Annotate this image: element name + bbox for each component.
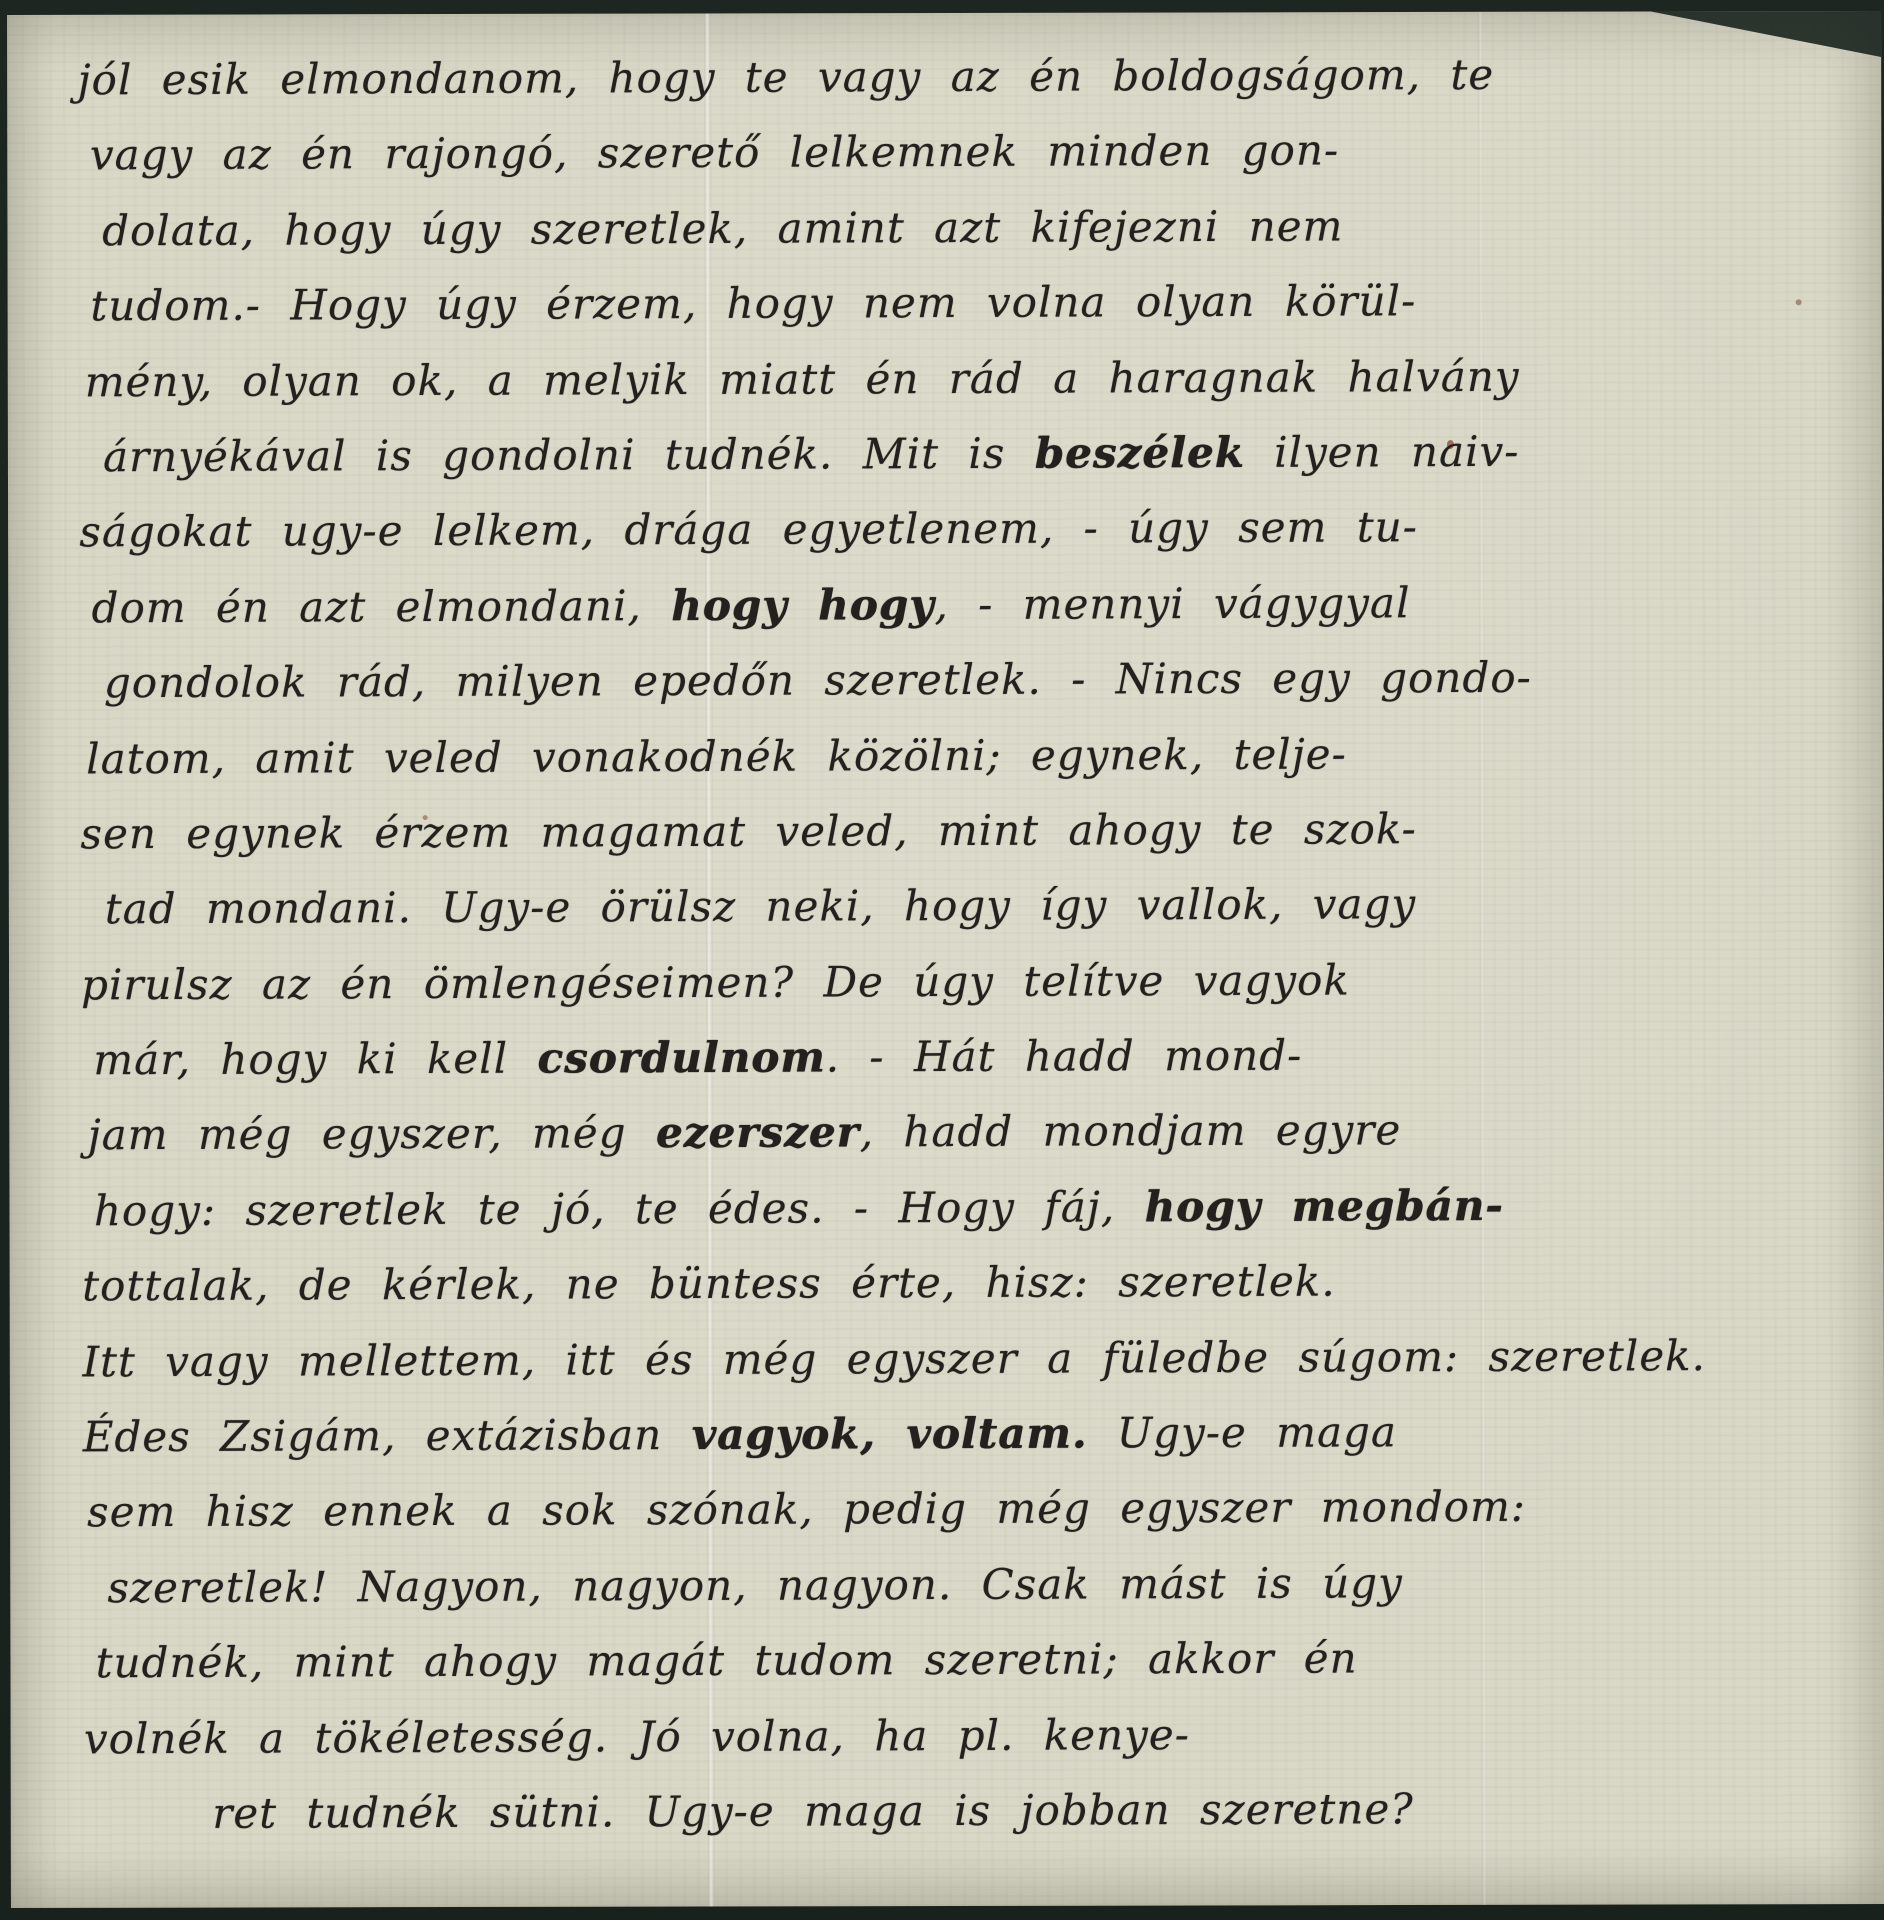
letter-line: vagy az én rajongó, szerető lelkemnek mi… [78, 111, 1850, 193]
emphasized-ink: hogy megbán- [1144, 1181, 1503, 1231]
letter-line: árnyékával is gondolni tudnék. Mit is be… [79, 413, 1851, 495]
letter-line: ságokat ugy-e lelkem, drága egyetlenem, … [79, 488, 1851, 570]
letter-line: mény, olyan ok, a melyik miatt én rád a … [79, 337, 1851, 419]
letter-line: jam még egyszer, még ezerszer, hadd mond… [82, 1091, 1854, 1173]
letter-line: ret tudnék sütni. Ugy-e maga is jobban s… [84, 1770, 1856, 1852]
letter-line: sem hisz ennek a sok szónak, pedig még e… [83, 1468, 1855, 1550]
letter-line: jól esik elmondanom, hogy te vagy az én … [77, 36, 1849, 118]
letter-line: pirulsz az én ömlengéseimen? De úgy telí… [81, 940, 1853, 1022]
scan-background: jól esik elmondanom, hogy te vagy az én … [0, 0, 1884, 1920]
letter-line: tad mondani. Ugy-e örülsz neki, hogy így… [81, 865, 1853, 947]
letter-line: volnék a tökéletesség. Jó volna, ha pl. … [84, 1694, 1856, 1776]
letter-line: hogy: szeretlek te jó, te édes. - Hogy f… [82, 1166, 1854, 1248]
letter-line: tudnék, mint ahogy magát tudom szeretni;… [84, 1619, 1856, 1701]
letter-line: latom, amit veled vonakodnék közölni; eg… [80, 714, 1852, 796]
letter-line: gondolok rád, milyen epedőn szeretlek. -… [80, 639, 1852, 721]
letter-line: sen egynek érzem magamat veled, mint aho… [80, 789, 1852, 871]
letter-line: Édes Zsigám, extázisban vagyok, voltam. … [83, 1393, 1855, 1475]
emphasized-ink: ezerszer [656, 1108, 860, 1158]
emphasized-ink: hogy hogy [671, 580, 934, 630]
emphasized-ink: beszélek [1035, 428, 1245, 478]
letter-line: tudom.- Hogy úgy érzem, hogy nem volna o… [78, 262, 1850, 344]
letter-line: szeretlek! Nagyon, nagyon, nagyon. Csak … [83, 1543, 1855, 1625]
letter-line: dolata, hogy úgy szeretlek, amint azt ki… [78, 186, 1850, 268]
letter-line: dom én azt elmondani, hogy hogy, - menny… [79, 563, 1851, 645]
letter-line: tottalak, de kérlek, ne büntess érte, hi… [82, 1242, 1854, 1324]
emphasized-ink: vagyok, voltam. [692, 1409, 1088, 1460]
letter-line: már, hogy ki kell csordulnom. - Hát hadd… [81, 1016, 1853, 1098]
letter-body: jól esik elmondanom, hogy te vagy az én … [77, 36, 1856, 1900]
letter-line: Itt vagy mellettem, itt és még egyszer a… [82, 1317, 1854, 1399]
emphasized-ink: csordulnom [537, 1033, 825, 1083]
letter-page: jól esik elmondanom, hogy te vagy az én … [7, 11, 1884, 1908]
